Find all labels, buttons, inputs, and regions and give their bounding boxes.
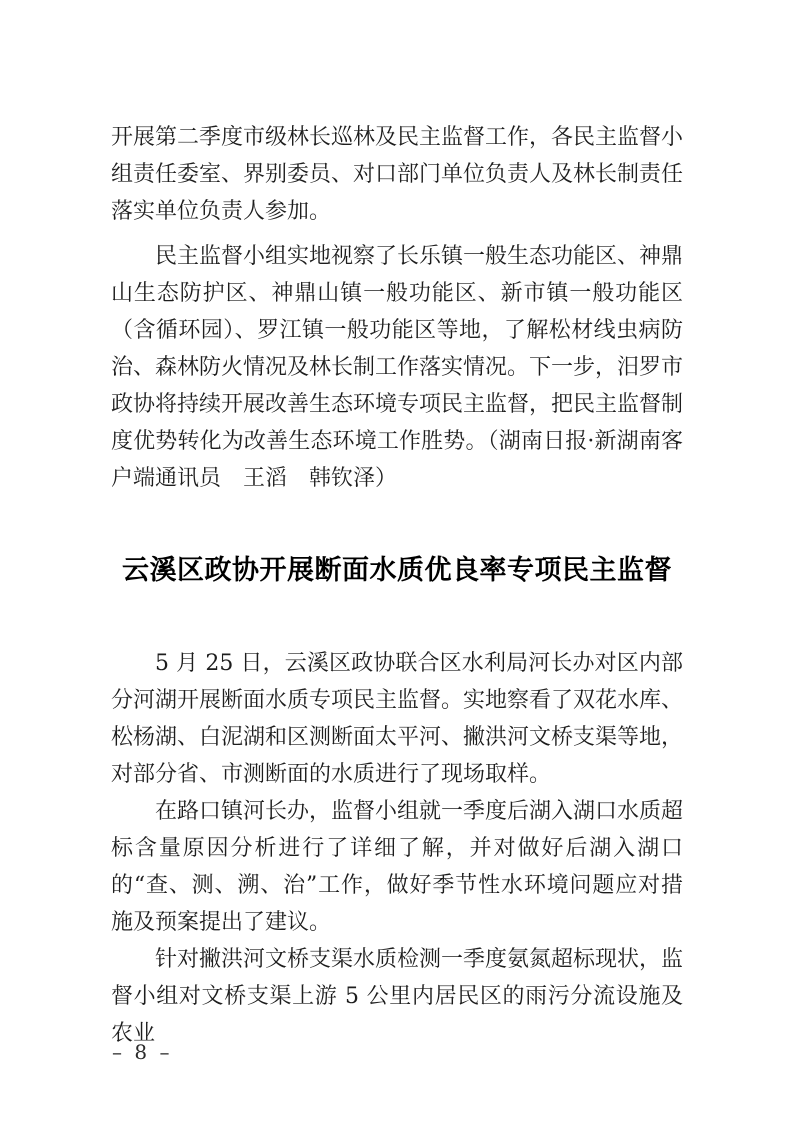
paragraph-wenqiao-channel: 针对撇洪河文桥支渠水质检测一季度氨氮超标现状，监督小组对文桥支渠上游 5 公里内… [111, 941, 683, 1052]
page-number: – 8 – [112, 1040, 172, 1064]
document-page: 开展第二季度市级林长巡林及民主监督工作，各民主监督小组责任委室、界别委员、对口部… [0, 0, 793, 1122]
paragraph-lukou-town: 在路口镇河长办，监督小组就一季度后湖入湖口水质超标含量原因分析进行了详细了解，并… [111, 793, 683, 941]
paragraph-continuation: 开展第二季度市级林长巡林及民主监督工作，各民主监督小组责任委室、界别委员、对口部… [111, 119, 683, 230]
page-content: 开展第二季度市级林长巡林及民主监督工作，各民主监督小组责任委室、界别委员、对口部… [111, 119, 683, 1052]
article-title: 云溪区政协开展断面水质优良率专项民主监督 [111, 551, 683, 591]
paragraph-inspection-summary: 民主监督小组实地视察了长乐镇一般生态功能区、神鼎山生态防护区、神鼎山镇一般功能区… [111, 238, 683, 497]
paragraph-article-intro: 5 月 25 日，云溪区政协联合区水利局河长办对区内部分河湖开展断面水质专项民主… [111, 645, 683, 793]
